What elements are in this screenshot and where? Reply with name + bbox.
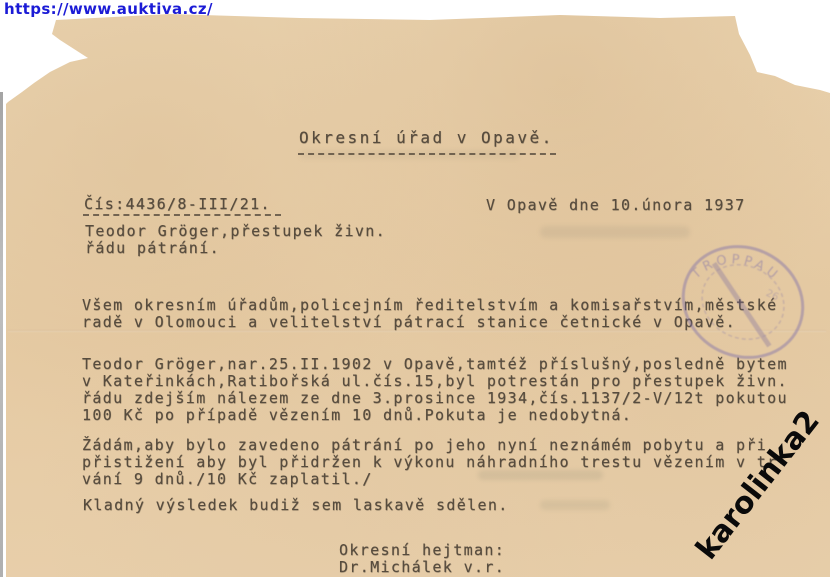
body-line: radě v Olomouci a velitelství pátrací st… (82, 314, 736, 331)
svg-text:TROPPAU: TROPPAU (686, 242, 785, 314)
body-line: přistižení aby byl přidržen k výkonu náh… (82, 454, 788, 471)
bleed-through-mark (540, 226, 690, 238)
title-underline (298, 153, 556, 155)
body-line: řádu zdejším nálezem ze dne 3.prosince 1… (82, 390, 788, 407)
bleed-through-mark (478, 470, 603, 480)
letter-title: Okresní úřad v Opavě. (299, 129, 554, 146)
auction-url-watermark: https://www.auktiva.cz/ (4, 0, 213, 18)
body-line: 100 Kč po případě vězením 10 dnů.Pokuta … (82, 407, 632, 424)
closing-line: Kladný výsledek budiž sem laskavě sdělen… (83, 497, 509, 514)
reference-number: Čís:4436/8-III/21. (84, 196, 271, 213)
signature-name: Dr.Michálek v.r. (339, 559, 505, 576)
subject-line: Teodor Gröger,přestupek živn. (85, 223, 386, 240)
body-line: Žádám,aby bylo zavedeno pátrání po jeho … (82, 437, 767, 454)
scanner-edge-shadow (0, 92, 3, 577)
scanned-document: Okresní úřad v Opavě. Čís:4436/8-III/21.… (0, 0, 830, 577)
paper-sheet: Okresní úřad v Opavě. Čís:4436/8-III/21.… (0, 0, 830, 577)
signature-role: Okresní hejtman: (339, 542, 505, 559)
subject-line: řádu pátrání. (85, 240, 220, 257)
place-date-line: V Opavě dne 10.února 1937 (486, 197, 746, 214)
reference-underline (83, 214, 281, 216)
body-line: vání 9 dnů./10 Kč zaplatil./ (82, 471, 373, 488)
stamp-text: TROPPAU (686, 242, 785, 314)
rubber-stamp: TROPPAU 26 (668, 242, 818, 364)
bleed-through-mark (540, 500, 610, 510)
body-line: v Kateřinkách,Ratibořská ul.čís.15,byl p… (82, 373, 788, 390)
stamp-number: 26 (764, 288, 780, 303)
